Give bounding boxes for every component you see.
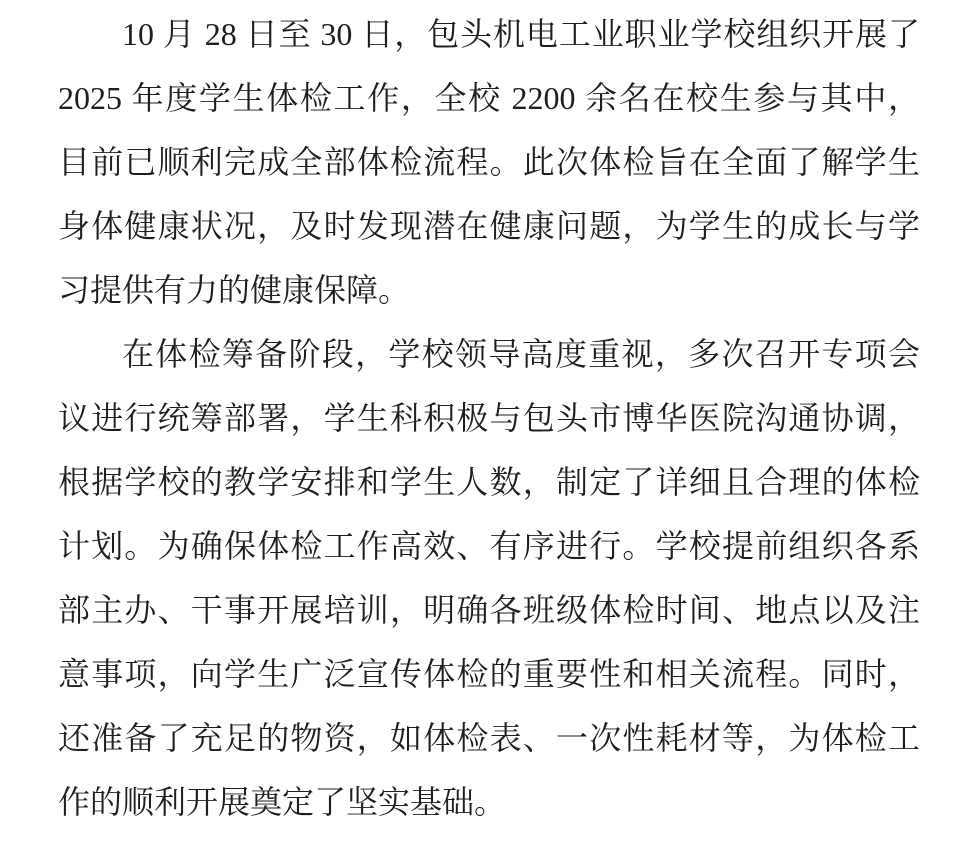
paragraph-overview: 10 月 28 日至 30 日，包头机电工业职业学校组织开展了 2025 年度学… — [58, 2, 920, 322]
text-line: 还准备了充足的物资，如体检表、一次性耗材等，为体检工 — [58, 706, 920, 770]
text-line: 在体检筹备阶段，学校领导高度重视，多次召开专项会 — [58, 322, 920, 386]
document-page: 10 月 28 日至 30 日，包头机电工业职业学校组织开展了 2025 年度学… — [0, 0, 980, 841]
text-line: 根据学校的教学安排和学生人数，制定了详细且合理的体检 — [58, 450, 920, 514]
text-line: 计划。为确保体检工作高效、有序进行。学校提前组织各系 — [58, 514, 920, 578]
text-line: 意事项，向学生广泛宣传体检的重要性和相关流程。同时， — [58, 642, 920, 706]
text-line: 身体健康状况，及时发现潜在健康问题，为学生的成长与学 — [58, 194, 920, 258]
text-line: 议进行统筹部署，学生科积极与包头市博华医院沟通协调， — [58, 386, 920, 450]
text-line: 部主办、干事开展培训，明确各班级体检时间、地点以及注 — [58, 578, 920, 642]
text-line: 2025 年度学生体检工作，全校 2200 余名在校生参与其中， — [58, 66, 920, 130]
paragraph-preparation: 在体检筹备阶段，学校领导高度重视，多次召开专项会 议进行统筹部署，学生科积极与包… — [58, 322, 920, 834]
text-line: 10 月 28 日至 30 日，包头机电工业职业学校组织开展了 — [58, 2, 920, 66]
text-line: 目前已顺利完成全部体检流程。此次体检旨在全面了解学生 — [58, 130, 920, 194]
text-line: 作的顺利开展奠定了坚实基础。 — [58, 770, 920, 834]
text-line: 习提供有力的健康保障。 — [58, 258, 920, 322]
